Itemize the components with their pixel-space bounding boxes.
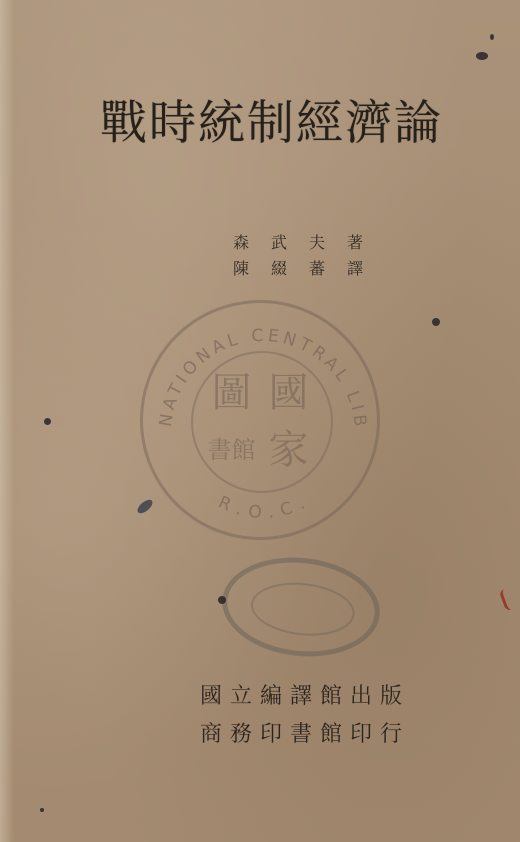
publisher-char: 譯 [286, 678, 316, 716]
ink-spot [476, 52, 488, 60]
ink-spot [432, 318, 440, 326]
ink-spot [218, 596, 226, 604]
publisher-char: 出 [346, 678, 376, 716]
library-seal-stamp: NATIONAL CENTRAL LIBRARY R.O.C. 圖 國 書館 家 [140, 300, 380, 540]
seal-char: 家 [260, 422, 317, 479]
printer-char: 印 [256, 716, 286, 754]
author-char: 森 [222, 230, 260, 256]
publisher-char: 立 [226, 678, 256, 716]
ink-spot [490, 34, 494, 40]
author-char: 夫 [298, 230, 336, 256]
book-cover: 戰時統制經濟論 森 武 夫 著 陳 綴 蕃 譯 NATIONAL CENTRAL… [0, 0, 520, 842]
author-row: 森 武 夫 著 [222, 230, 374, 256]
oval-stamp [217, 550, 384, 664]
translator-row: 陳 綴 蕃 譯 [222, 256, 374, 282]
printer-char: 館 [316, 716, 346, 754]
seal-bottom-text: R.O.C. [215, 490, 315, 523]
seal-char: 書館 [203, 422, 260, 479]
seal-char: 圖 [203, 365, 260, 422]
author-role: 著 [336, 230, 374, 256]
publisher-char: 版 [376, 678, 406, 716]
printer-char: 務 [226, 716, 256, 754]
printer-char: 印 [346, 716, 376, 754]
ink-spot [40, 808, 44, 812]
publisher-char: 國 [196, 678, 226, 716]
translator-char: 綴 [260, 256, 298, 282]
translator-char: 蕃 [298, 256, 336, 282]
svg-text:R.O.C.: R.O.C. [215, 490, 315, 523]
translator-role: 譯 [336, 256, 374, 282]
publisher-char: 館 [316, 678, 346, 716]
oval-stamp-inner [248, 578, 357, 641]
publisher-line: 國 立 編 譯 館 出 版 [196, 678, 406, 716]
worn-edge [0, 0, 14, 842]
credits: 森 武 夫 著 陳 綴 蕃 譯 [222, 230, 374, 282]
printer-char: 行 [376, 716, 406, 754]
publisher-block: 國 立 編 譯 館 出 版 商 務 印 書 館 印 行 [196, 678, 406, 754]
book-title: 戰時統制經濟論 [100, 100, 480, 147]
red-pencil-mark [499, 586, 519, 611]
ink-spot [44, 418, 51, 425]
seal-char: 國 [260, 365, 317, 422]
author-char: 武 [260, 230, 298, 256]
publisher-char: 編 [256, 678, 286, 716]
translator-char: 陳 [222, 256, 260, 282]
printer-char: 書 [286, 716, 316, 754]
printer-char: 商 [196, 716, 226, 754]
printer-line: 商 務 印 書 館 印 行 [196, 716, 406, 754]
seal-center-chars: 圖 國 書館 家 [203, 365, 317, 479]
